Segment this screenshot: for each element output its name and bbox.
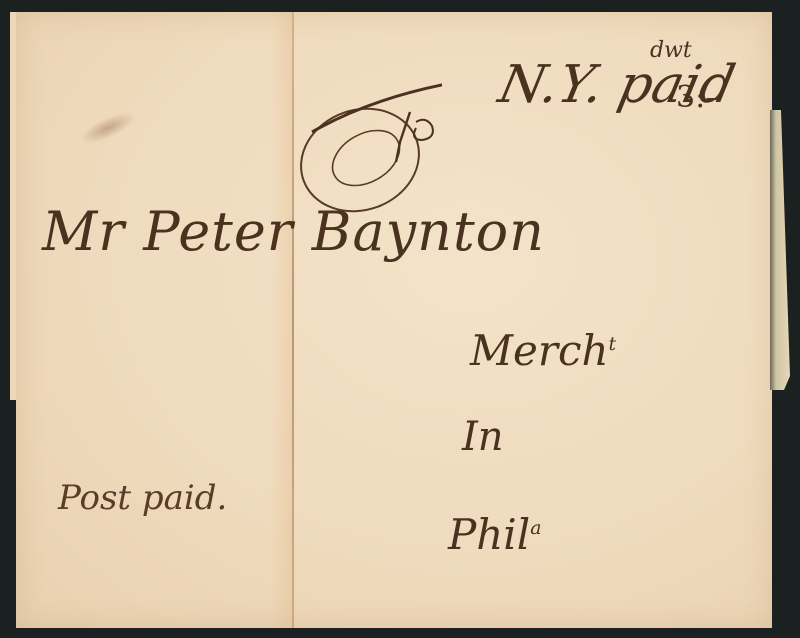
rate-superscript: dwt — [650, 38, 692, 63]
merchant-superscript: t — [609, 333, 617, 355]
address-line-city: Phila — [448, 510, 541, 559]
city-superscript: a — [530, 517, 541, 539]
salutation: Mr — [42, 200, 125, 263]
rate-amount: 3:– — [676, 80, 720, 115]
merchant-text: Merch — [470, 326, 609, 375]
post-paid-annotation: Post paid. — [58, 478, 227, 518]
addressee-line: Mr Peter Baynton — [42, 200, 545, 263]
fold-shadow — [270, 12, 294, 628]
right-edge-flap — [770, 110, 790, 390]
addressee-name: Peter Baynton — [143, 200, 545, 263]
address-line-in: In — [462, 414, 504, 460]
address-line-merchant: Mercht — [470, 326, 616, 375]
postmark-oval-icon — [292, 82, 442, 218]
city-text: Phil — [448, 510, 530, 559]
